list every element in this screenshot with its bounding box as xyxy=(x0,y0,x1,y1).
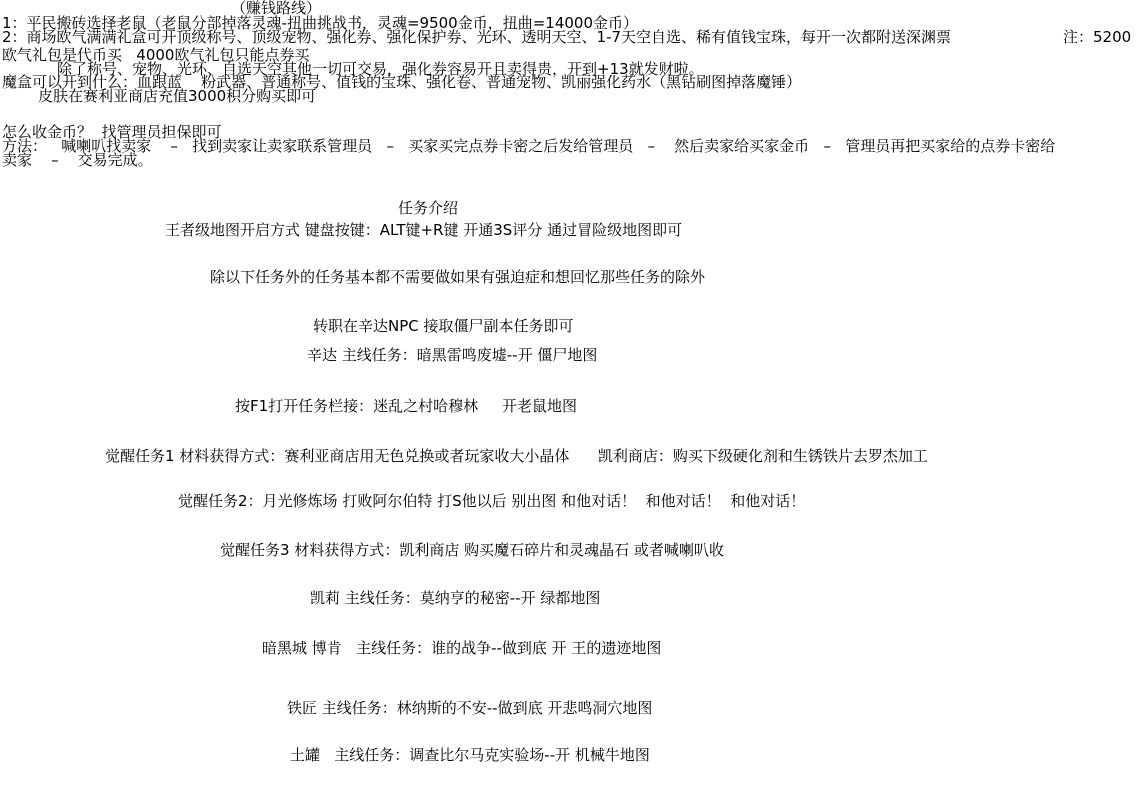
task-line-king-map: 王者级地图开启方式 键盘按键：ALT键+R键 开通3S评分 通过冒险级地图即可 xyxy=(165,223,682,238)
task-intro-heading: 任务介绍 xyxy=(398,201,458,216)
gold-trade-method: 方法： 喊喇叭找卖家 – 找到卖家让卖家联系管理员 – 买家买完点券卡密之后发给… xyxy=(2,139,1055,154)
money-line-mall-luck-box: 2：商场欧气满满礼盒可开顶级称号、顶级宠物、强化券、强化保护券、光环、透明天空、… xyxy=(2,30,951,45)
task-line-f1-hamelin: 按F1打开任务栏接：迷乱之村哈穆林 开老鼠地图 xyxy=(235,399,577,414)
money-line-skin-shop: 皮肤在赛利亚商店充值3000积分购买即可 xyxy=(38,89,316,104)
task-line-bokken-main: 暗黑城 博肯 主线任务：谁的战争--做到底 开 王的遗迹地图 xyxy=(262,641,661,656)
task-line-job-change-sinda: 转职在辛达NPC 接取僵尸副本任务即可 xyxy=(313,319,574,334)
task-line-kaili-main: 凯莉 主线任务：莫纳亨的秘密--开 绿都地图 xyxy=(310,591,600,606)
price-note-5200: 注：5200 xyxy=(1063,30,1131,45)
document-page: （赚钱路线） 1：平民搬砖选择老鼠（老鼠分部掉落灵魂-扭曲挑战书，灵魂=9500… xyxy=(0,0,1141,787)
task-line-awaken-3: 觉醒任务3 材料获得方式：凯利商店 购买魔石碎片和灵魂晶石 或者喊喇叭收 xyxy=(220,543,724,558)
task-line-skip-note: 除以下任务外的任务基本都不需要做如果有强迫症和想回忆那些任务的除外 xyxy=(210,270,705,285)
task-line-sinda-main: 辛达 主线任务：暗黑雷鸣废墟--开 僵尸地图 xyxy=(307,348,597,363)
task-line-awaken-2: 觉醒任务2：月光修炼场 打败阿尔伯特 打S他以后 别出图 和他对话！ 和他对话！… xyxy=(178,494,805,509)
task-line-tugan-main: 土罐 主线任务：调查比尔马克实验场--开 机械牛地图 xyxy=(290,748,650,763)
gold-trade-method-cont: 卖家 – 交易完成。 xyxy=(2,153,153,168)
task-line-awaken-1: 觉醒任务1 材料获得方式：赛利亚商店用无色兑换或者玩家收大小晶体 凯利商店：购买… xyxy=(105,449,928,464)
task-line-blacksmith-main: 铁匠 主线任务：林纳斯的不安--做到底 开悲鸣洞穴地图 xyxy=(287,701,652,716)
